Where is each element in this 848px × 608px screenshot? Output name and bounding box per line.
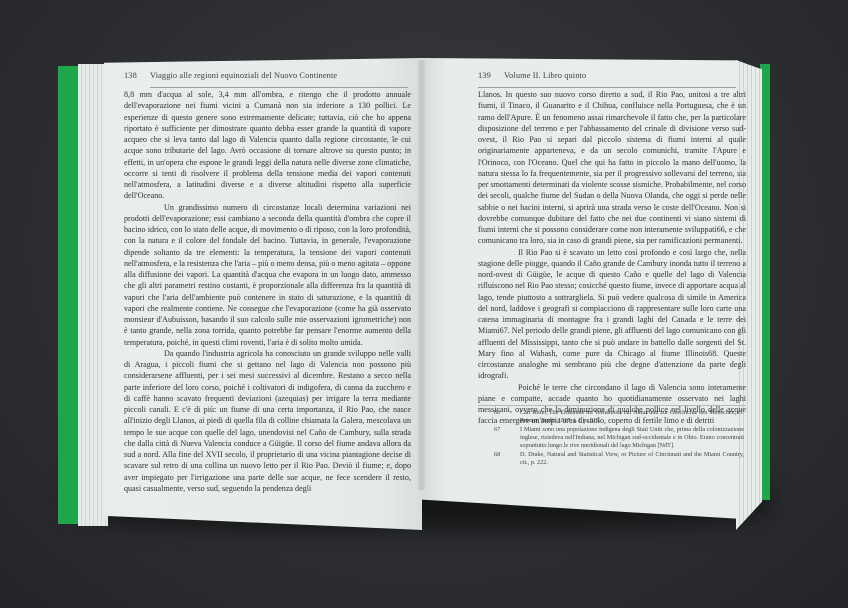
left-header-rule	[150, 87, 408, 88]
page-edges-left	[78, 64, 108, 526]
right-page-number: 139	[478, 71, 502, 80]
right-body-text: Llanos. In questo suo nuovo corso dirett…	[478, 89, 746, 427]
book-cover-left	[58, 66, 80, 524]
right-header-rule	[478, 87, 736, 88]
left-body-text: 8,8 mm d'acqua al sole, 3,4 mm all'ombra…	[124, 89, 411, 494]
footnote-text: D. Drake, Natural and Statistical View, …	[520, 451, 744, 467]
left-page-number: 138	[124, 71, 148, 80]
right-running-head: 139 Volume II. Libro quinto	[478, 71, 586, 80]
right-paragraph-1: Llanos. In questo suo nuovo corso dirett…	[478, 89, 746, 247]
left-paragraph-3: Da quando l'industria agricola ha conosc…	[124, 348, 411, 494]
book-gutter	[418, 60, 426, 490]
footnote-66: 66 Carl Ritter, Die Erdkunde im Verhältn…	[494, 409, 744, 425]
footnote-number: 68	[494, 451, 520, 467]
footnote-68: 68 D. Drake, Natural and Statistical Vie…	[494, 451, 744, 467]
left-paragraph-2: Un grandissimo numero di circostanze loc…	[124, 202, 411, 348]
footnote-67: 67 I Miami sono una popolazione indigena…	[494, 426, 744, 451]
footnote-rule	[478, 405, 746, 406]
footnote-number: 66	[494, 409, 520, 425]
footnote-text: I Miami sono una popolazione indigena de…	[520, 426, 744, 451]
footnote-number: 67	[494, 426, 520, 451]
footnote-text: Carl Ritter, Die Erdkunde im Verhältniss…	[520, 409, 744, 425]
footnotes: 66 Carl Ritter, Die Erdkunde im Verhältn…	[494, 409, 744, 468]
left-paragraph-1: 8,8 mm d'acqua al sole, 3,4 mm all'ombra…	[124, 89, 411, 202]
left-running-title: Viaggio alle regioni equinoziali del Nuo…	[150, 71, 337, 80]
right-running-title: Volume II. Libro quinto	[504, 71, 586, 80]
left-running-head: 138 Viaggio alle regioni equinoziali del…	[124, 71, 337, 80]
right-paragraph-2: Il Rio Pao si è scavato un letto così pr…	[478, 247, 746, 382]
